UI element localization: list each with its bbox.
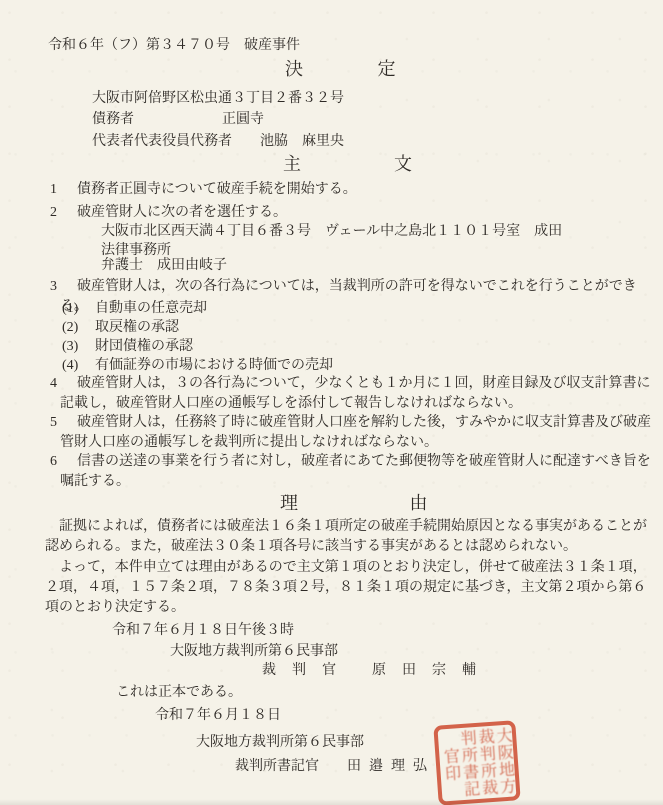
subitem-text: 取戻権の承認	[95, 320, 179, 335]
representative-label: 代表者代表役員代務者	[92, 134, 232, 149]
clerk-signature-row: 裁判所書記官田邉理弘	[235, 757, 435, 777]
main-item-6: 6信書の送達の事業を行う者に対し，破産者にあてた郵便物等を破産管財人に配達すべき…	[50, 452, 655, 492]
reason-paragraph-2: よって，本件申立ては理由があるので主文第１項のとおり決定し，併せて破産法３１条１…	[45, 558, 653, 618]
main-item-4: 4破産管財人は，３の各行為について，少なくとも１か月に１回，財産目録及び収支計算…	[50, 374, 655, 414]
debtor-name: 正圓寺	[222, 112, 264, 127]
decision-datetime: 令和７年６月１８日午後３時	[112, 621, 294, 641]
item-number: 1	[50, 180, 77, 200]
main-item-3-sub-4: (4)有価証券の市場における時価での売却	[62, 356, 333, 376]
item-number: 4	[50, 374, 77, 394]
document-title: 決 定	[285, 58, 396, 80]
judge-title: 裁判官	[262, 663, 352, 678]
main-item-3-sub-2: (2)取戻権の承認	[62, 318, 179, 338]
court-decision-document: 令和６年（フ）第３４７０号 破産事件 決 定 大阪市阿倍野区松虫通３丁目２番３２…	[0, 0, 663, 805]
main-item-3-sub-3: (3)財団債権の承認	[62, 337, 193, 357]
main-item-1: 1債務者正圓寺について破産手続を開始する。	[50, 180, 655, 200]
item-number: 3	[50, 277, 77, 297]
certified-date: 令和７年６月１８日	[155, 706, 281, 726]
reason-heading: 理 由	[280, 492, 428, 514]
seal-text: 大阪地方裁判所裁判所書記官印	[439, 726, 516, 801]
subitem-number: (4)	[62, 356, 95, 376]
item-text: 債務者正圓寺について破産手続を開始する。	[77, 182, 357, 197]
clerk-title: 裁判所書記官	[235, 759, 319, 774]
case-number-line: 令和６年（フ）第３４７０号 破産事件	[48, 36, 300, 56]
main-item-5: 5破産管財人は，任務終了時に破産管財人口座を解約した後，すみやかに収支計算書及び…	[50, 413, 655, 453]
certification-statement: これは正本である。	[116, 683, 242, 703]
subitem-text: 財団債権の承認	[95, 339, 193, 354]
court-division-2: 大阪地方裁判所第６民事部	[196, 733, 364, 753]
debtor-row: 債務者正圓寺	[92, 110, 264, 130]
main-item-3-sub-1: (1)自動車の任意売却	[62, 299, 207, 319]
representative-row: 代表者代表役員代務者池脇 麻里央	[92, 132, 344, 152]
judge-signature-row: 裁判官原田宗輔	[262, 661, 492, 681]
item-text: 信書の送達の事業を行う者に対し，破産者にあてた郵便物等を破産管財人に配達すべき旨…	[60, 454, 651, 489]
court-clerk-seal-stamp: 大阪地方裁判所裁判所書記官印	[433, 720, 520, 805]
subitem-text: 自動車の任意売却	[95, 301, 207, 316]
item-text: 破産管財人は，任務終了時に破産管財人口座を解約した後，すみやかに収支計算書及び破…	[60, 415, 651, 450]
main-text-heading: 主 文	[283, 153, 413, 175]
item-number: 6	[50, 452, 77, 472]
reason-paragraph-1: 証拠によれば，債務者には破産法１６条１項所定の破産手続開始原因となる事実があるこ…	[45, 517, 653, 557]
debtor-address: 大阪市阿倍野区松虫通３丁目２番３２号	[92, 89, 344, 109]
court-division: 大阪地方裁判所第６民事部	[170, 642, 338, 662]
item-number: 2	[50, 203, 77, 223]
main-item-2: 2破産管財人に次の者を選任する。	[50, 203, 655, 223]
scan-bottom-edge	[0, 799, 663, 805]
trustee-address: 大阪市北区西天満４丁目６番３号 ヴェール中之島北１１０１号室 成田法律事務所	[101, 222, 569, 260]
representative-name: 池脇 麻里央	[260, 134, 344, 149]
item-text: 破産管財人に次の者を選任する。	[77, 205, 287, 220]
subitem-number: (1)	[62, 299, 95, 319]
item-number: 5	[50, 413, 77, 433]
subitem-text: 有価証券の市場における時価での売却	[95, 358, 333, 373]
subitem-number: (2)	[62, 318, 95, 338]
judge-name: 原田宗輔	[372, 663, 492, 678]
trustee-attorney: 弁護士 成田由岐子	[101, 256, 227, 276]
clerk-name: 田邉理弘	[347, 759, 435, 774]
debtor-label: 債務者	[92, 110, 222, 130]
item-text: 破産管財人は，３の各行為について，少なくとも１か月に１回，財産目録及び収支計算書…	[60, 376, 650, 411]
subitem-number: (3)	[62, 337, 95, 357]
